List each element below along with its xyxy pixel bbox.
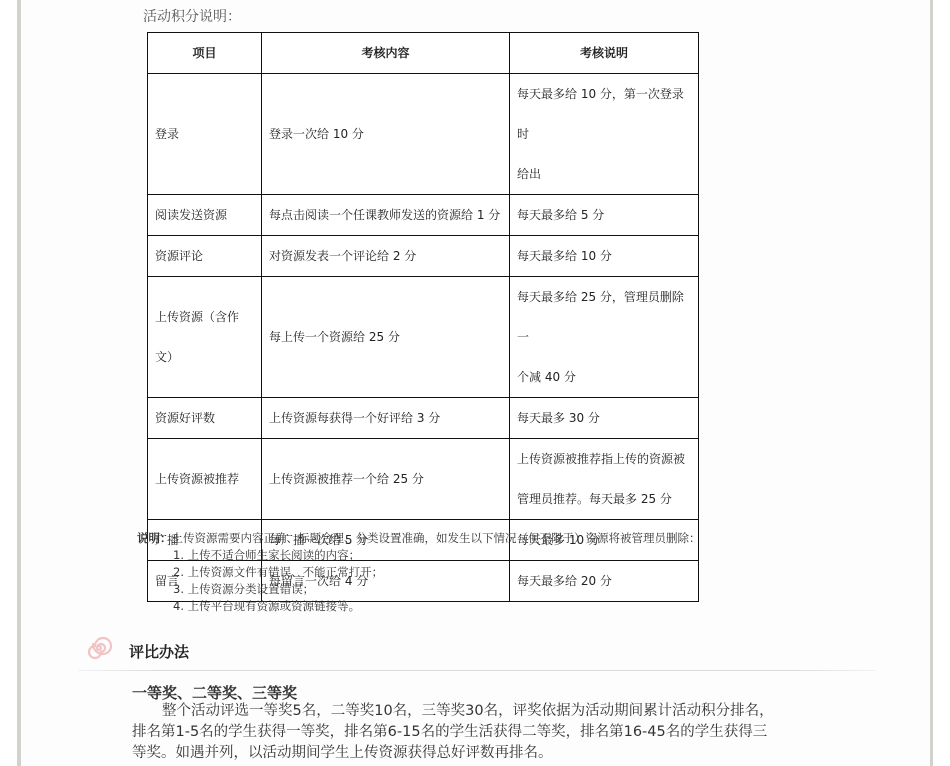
page-frame-right — [930, 0, 933, 766]
cell-note: 每天最多给 5 分 — [510, 195, 699, 236]
cell-note: 每天最多给 10 分，第一次登录时给出 — [510, 74, 699, 195]
cell-content: 每点击阅读一个任课教师发送的资源给 1 分 — [262, 195, 510, 236]
cell-item: 阅读发送资源 — [148, 195, 262, 236]
award-title: 一等奖、二等奖、三等奖 — [132, 682, 297, 703]
table-header-row: 项目 考核内容 考核说明 — [148, 33, 699, 74]
cell-item: 上传资源被推荐 — [148, 439, 262, 520]
notes-list-item: 2. 上传资源文件有错误、不能正常打开； — [173, 564, 701, 581]
spiral-icon — [85, 634, 113, 662]
table-row: 资源评论 对资源发表一个评论给 2 分 每天最多给 10 分 — [148, 236, 699, 277]
notes-lead-label: 说明： — [137, 531, 172, 545]
table-row: 上传资源（含作文） 每上传一个资源给 25 分 每天最多给 25 分，管理员删除… — [148, 277, 699, 398]
cell-item: 登录 — [148, 74, 262, 195]
cell-note: 上传资源被推荐指上传的资源被管理员推荐。每天最多 25 分 — [510, 439, 699, 520]
cell-note: 每天最多给 10 分 — [510, 236, 699, 277]
points-table: 项目 考核内容 考核说明 登录 登录一次给 10 分 每天最多给 10 分，第一… — [147, 32, 699, 602]
cell-content: 每上传一个资源给 25 分 — [262, 277, 510, 398]
cell-item: 上传资源（含作文） — [148, 277, 262, 398]
cell-content: 对资源发表一个评论给 2 分 — [262, 236, 510, 277]
cell-content: 上传资源每获得一个好评给 3 分 — [262, 398, 510, 439]
cell-note: 每天最多给 25 分，管理员删除一个减 40 分 — [510, 277, 699, 398]
table-row: 阅读发送资源 每点击阅读一个任课教师发送的资源给 1 分 每天最多给 5 分 — [148, 195, 699, 236]
cell-note: 每天最多 30 分 — [510, 398, 699, 439]
table-row: 登录 登录一次给 10 分 每天最多给 10 分，第一次登录时给出 — [148, 74, 699, 195]
header-item: 项目 — [148, 33, 262, 74]
section-header-evaluation: 评比办法 — [85, 634, 875, 664]
notes-list-item: 4. 上传平台现有资源或资源链接等。 — [173, 598, 701, 615]
header-note: 考核说明 — [510, 33, 699, 74]
notes-list: 1. 上传不适合师生家长阅读的内容； 2. 上传资源文件有错误、不能正常打开； … — [137, 547, 701, 615]
notes-list-item: 3. 上传资源分类设置错误； — [173, 581, 701, 598]
cell-content: 登录一次给 10 分 — [262, 74, 510, 195]
section-divider — [78, 670, 876, 671]
points-intro-label: 活动积分说明： — [143, 6, 241, 26]
header-content: 考核内容 — [262, 33, 510, 74]
upload-rules-notes: 说明：上传资源需要内容正确、标题合理、分类设置准确，如发生以下情况（但不限于）资… — [137, 530, 701, 615]
notes-lead-text: 上传资源需要内容正确、标题合理、分类设置准确，如发生以下情况（但不限于）资源将被… — [172, 531, 701, 545]
section-title: 评比办法 — [129, 641, 189, 662]
table-row: 资源好评数 上传资源每获得一个好评给 3 分 每天最多 30 分 — [148, 398, 699, 439]
table-row: 上传资源被推荐 上传资源被推荐一个给 25 分 上传资源被推荐指上传的资源被管理… — [148, 439, 699, 520]
cell-content: 上传资源被推荐一个给 25 分 — [262, 439, 510, 520]
notes-list-item: 1. 上传不适合师生家长阅读的内容； — [173, 547, 701, 564]
cell-item: 资源评论 — [148, 236, 262, 277]
notes-lead: 说明：上传资源需要内容正确、标题合理、分类设置准确，如发生以下情况（但不限于）资… — [137, 530, 701, 547]
award-body: 整个活动评选一等奖5名，二等奖10名，三等奖30名，评奖依据为活动期间累计活动积… — [132, 701, 777, 764]
cell-item: 资源好评数 — [148, 398, 262, 439]
